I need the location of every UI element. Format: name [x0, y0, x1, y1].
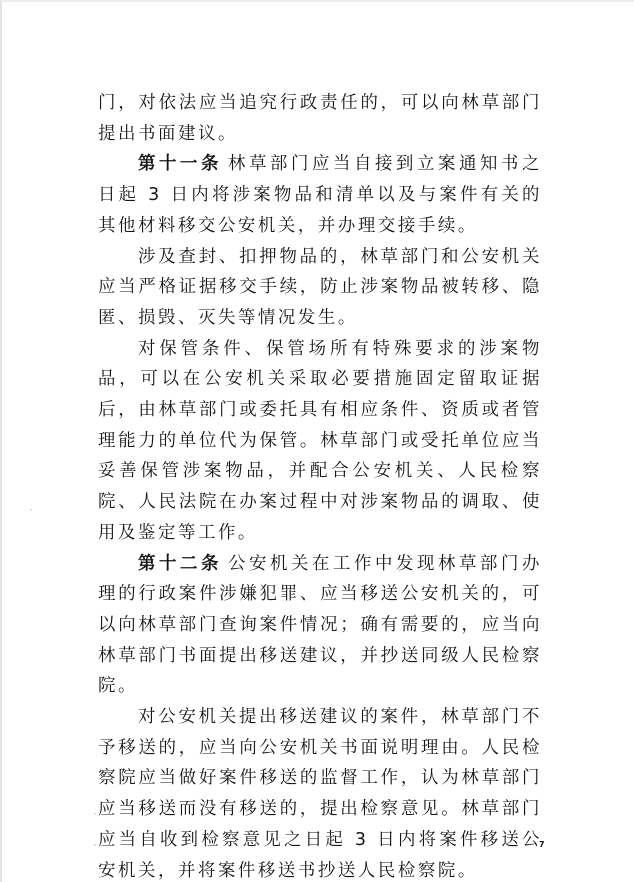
scan-speck: [30, 509, 32, 511]
document-page: 门，对依法应当追究行政责任的，可以向林草部门提出书面建议。 第十一条林草部门应当…: [0, 0, 634, 882]
paragraph-text: 门，对依法应当追究行政责任的，可以向林草部门提出书面建议。: [98, 93, 542, 144]
paragraph-article-12: 第十二条公安机关在工作中发现林草部门办理的行政案件涉嫌犯罪、应当移送公安机关的，…: [98, 549, 542, 703]
paragraph-text: 公安机关在工作中发现林草部门办理的行政案件涉嫌犯罪、应当移送公安机关的，可以向林…: [98, 554, 542, 697]
scan-speck: [94, 844, 96, 846]
paragraph-text: 对公安机关提出移送建议的案件，林草部门不予移送的，应当向公安机关书面说明理由。人…: [98, 707, 542, 881]
paragraph-transfer-suggestion: 对公安机关提出移送建议的案件，林草部门不予移送的，应当向公安机关书面说明理由。人…: [98, 702, 542, 882]
document-body: 门，对依法应当追究行政责任的，可以向林草部门提出书面建议。 第十一条林草部门应当…: [98, 88, 542, 882]
paragraph-seizure: 涉及查封、扣押物品的，林草部门和公安机关应当严格证据移交手续，防止涉案物品被转移…: [98, 242, 542, 334]
paragraph-custody: 对保管条件、保管场所有特殊要求的涉案物品，可以在公安机关采取必要措施固定留取证据…: [98, 334, 542, 549]
article-number: 第十二条: [138, 554, 222, 574]
article-number: 第十一条: [138, 154, 222, 174]
scan-speck: [94, 813, 96, 815]
paragraph-text: 对保管条件、保管场所有特殊要求的涉案物品，可以在公安机关采取必要措施固定留取证据…: [98, 339, 542, 543]
paragraph-article-11: 第十一条林草部门应当自接到立案通知书之日起 3 日内将涉案物品和清单以及与案件有…: [98, 149, 542, 241]
page-number: 7: [539, 840, 545, 849]
paragraph-text: 涉及查封、扣押物品的，林草部门和公安机关应当严格证据移交手续，防止涉案物品被转移…: [98, 247, 542, 328]
paragraph-continuation: 门，对依法应当追究行政责任的，可以向林草部门提出书面建议。: [98, 88, 542, 149]
